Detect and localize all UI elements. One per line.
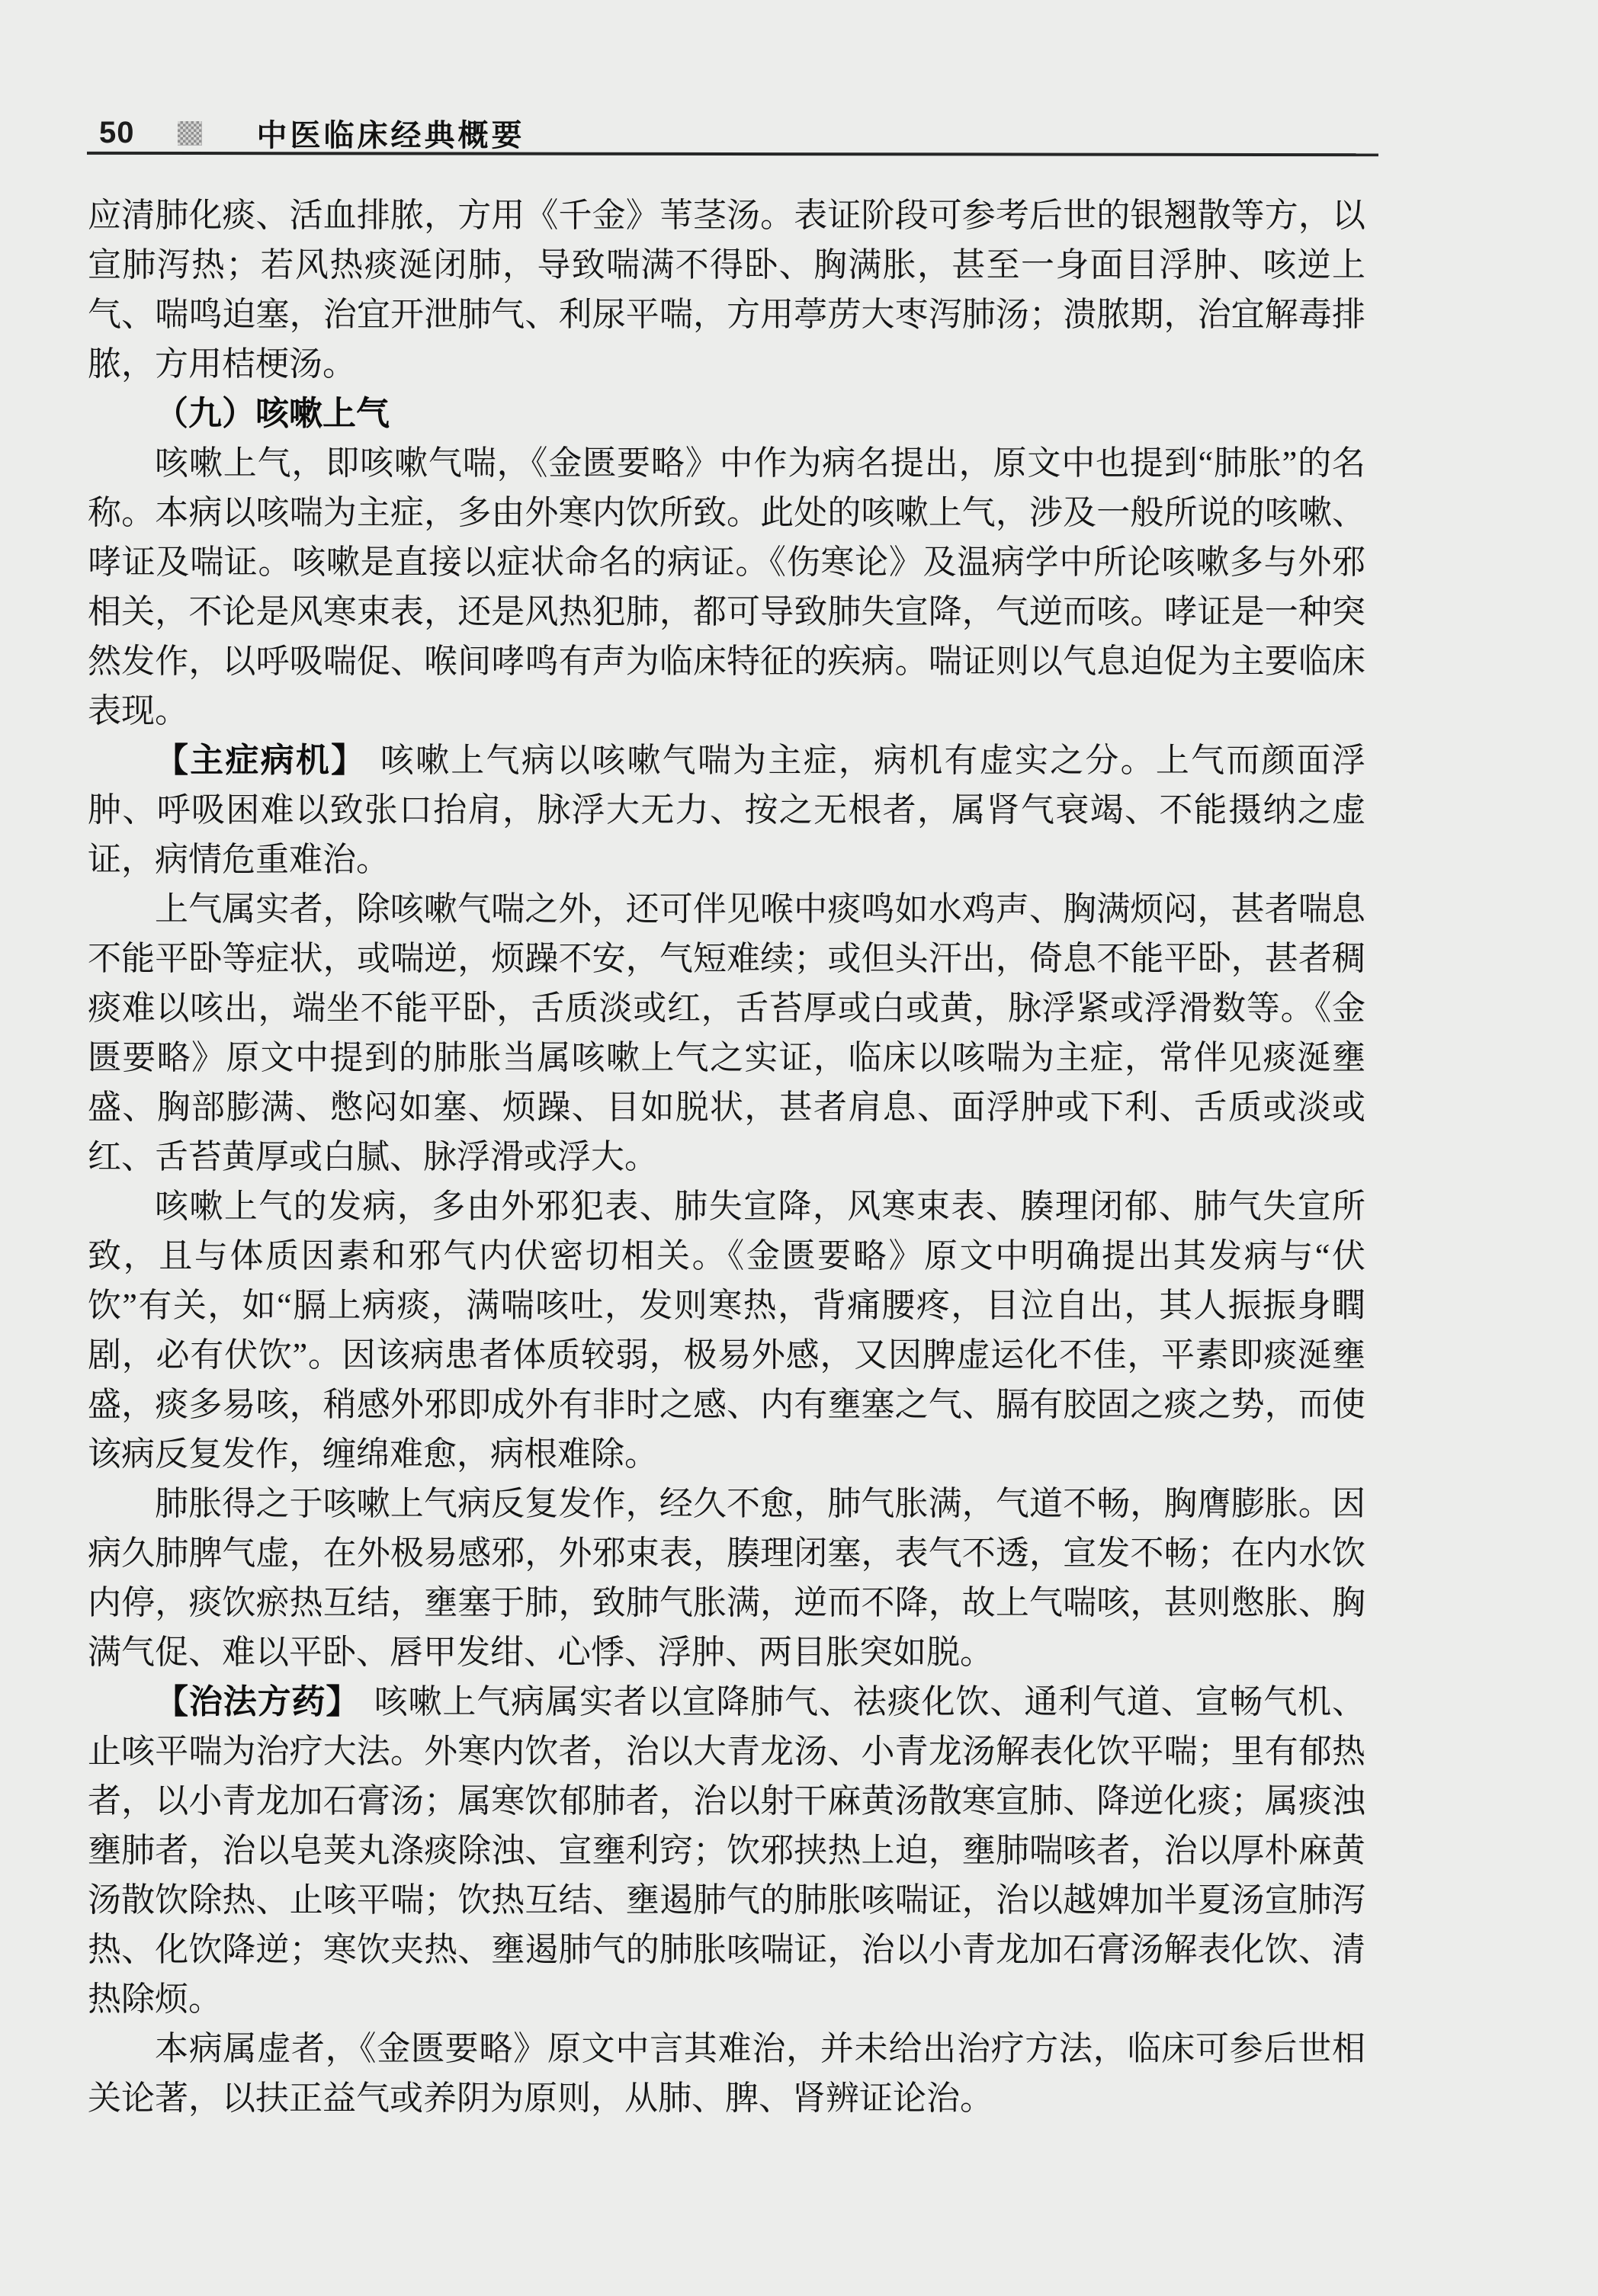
subsection-label: 【治法方药】 — [155, 1683, 360, 1720]
paragraph-intro: 应清肺化痰、活血排脓，方用《千金》苇茎汤。表证阶段可参考后世的银翘散等方，以宣肺… — [88, 191, 1365, 389]
paragraph: 肺胀得之于咳嗽上气病反复发作，经久不愈，肺气胀满，气道不畅，胸膺膨胀。因病久肺脾… — [88, 1479, 1365, 1677]
paragraph: 本病属虚者，《金匮要略》原文中言其难治，并未给出治疗方法，临床可参后世相关论著，… — [88, 2024, 1365, 2123]
book-title: 中医临床经典概要 — [257, 111, 525, 155]
paragraph-text: 咳嗽上气病属实者以宣降肺气、祛痰化饮、通利气道、宣畅气机、止咳平喘为治疗大法。外… — [88, 1683, 1365, 2018]
running-header: 50 中医临床经典概要 — [99, 111, 525, 155]
halftone-square-icon — [178, 121, 202, 146]
subsection-label: 【主症病机】 — [155, 742, 366, 779]
paragraph: 【治法方药】咳嗽上气病属实者以宣降肺气、祛痰化饮、通利气道、宣畅气机、止咳平喘为… — [88, 1677, 1365, 2024]
paragraph: 咳嗽上气的发病，多由外邪犯表、肺失宣降，风寒束表、腠理闭郁、肺气失宣所致，且与体… — [88, 1182, 1365, 1479]
scanned-book-page: 50 中医临床经典概要 应清肺化痰、活血排脓，方用《千金》苇茎汤。表证阶段可参考… — [0, 0, 1598, 2296]
paragraph: 咳嗽上气，即咳嗽气喘，《金匮要略》中作为病名提出，原文中也提到“肺胀”的名称。本… — [88, 438, 1365, 736]
page-body: 应清肺化痰、活血排脓，方用《千金》苇茎汤。表证阶段可参考后世的银翘散等方，以宣肺… — [88, 191, 1365, 2123]
paragraph: 【主症病机】咳嗽上气病以咳嗽气喘为主症，病机有虚实之分。上气而颜面浮肿、呼吸困难… — [88, 736, 1365, 884]
paragraph: 上气属实者，除咳嗽气喘之外，还可伴见喉中痰鸣如水鸡声、胸满烦闷，甚者喘息不能平卧… — [88, 884, 1365, 1182]
section-heading: （九）咳嗽上气 — [88, 389, 1365, 438]
header-rule — [87, 152, 1378, 156]
page-number: 50 — [99, 116, 135, 150]
